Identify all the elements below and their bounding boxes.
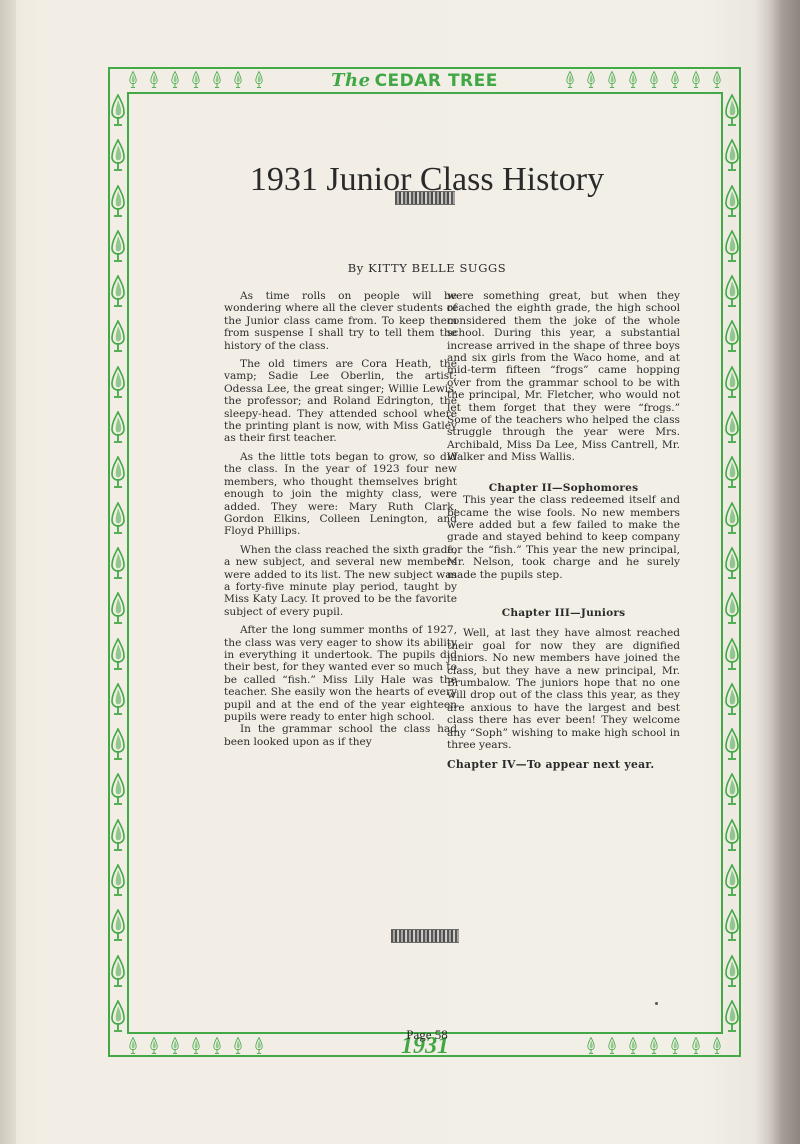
tree-column-left [110,94,126,1034]
cedar-tree-icon [724,909,740,943]
cedar-tree-icon [691,71,701,89]
cedar-tree-icon [724,366,740,400]
paragraph: As time rolls on people will be wonderin… [224,290,457,352]
cedar-tree-icon [724,456,740,490]
paper-speck [655,1002,658,1005]
cedar-tree-icon [724,638,740,672]
cedar-tree-icon [110,773,126,807]
cedar-tree-icon [110,683,126,717]
cedar-tree-icon [110,909,126,943]
cedar-tree-icon [149,71,159,89]
article-column-left: As time rolls on people will be wonderin… [224,290,457,754]
cedar-tree-icon [724,502,740,536]
cedar-tree-icon [586,71,596,89]
paragraph: Well, at last they have almost reached t… [447,627,680,751]
cedar-tree-icon [110,139,126,173]
paragraph: were something great, but when they reac… [447,290,680,464]
cedar-tree-icon [110,320,126,354]
cedar-tree-icon [724,139,740,173]
masthead-prefix: The [331,70,370,91]
cedar-tree-icon [233,71,243,89]
masthead-name: CEDAR TREE [375,71,498,91]
cedar-tree-icon [110,1000,126,1034]
paragraph: As the little tots began to grow, so did… [224,451,457,538]
page-number: Page 58 [130,1027,724,1043]
cedar-tree-icon [724,1000,740,1034]
cedar-tree-icon [170,71,180,89]
tree-row-left [128,71,264,89]
closing-line: Chapter IV—To appear next year. [447,759,680,771]
masthead-strip: TheCEDAR TREE [128,69,722,91]
cedar-tree-icon [628,71,638,89]
cedar-tree-icon [110,502,126,536]
cedar-tree-icon [212,71,222,89]
cedar-tree-icon [128,71,138,89]
cedar-tree-icon [724,592,740,626]
chapter-heading: Chapter III—Juniors [447,607,680,619]
cedar-tree-icon [670,71,680,89]
paragraph: In the grammar school the class had been… [224,723,457,748]
paragraph: This year the class redeemed itself and … [447,494,680,581]
cedar-tree-icon [110,411,126,445]
ornamental-divider-icon [391,929,459,943]
paragraph: After the long summer months of 1927, th… [224,624,457,723]
cedar-tree-icon [724,275,740,309]
cedar-tree-icon [110,94,126,128]
cedar-tree-icon [110,728,126,762]
article-byline: By KITTY BELLE SUGGS [130,261,724,275]
cedar-tree-icon [110,185,126,219]
cedar-tree-icon [724,955,740,989]
cedar-tree-icon [110,547,126,581]
cedar-tree-icon [110,592,126,626]
cedar-tree-icon [191,71,201,89]
cedar-tree-icon [724,683,740,717]
tree-row-right [565,71,722,89]
cedar-tree-icon [724,94,740,128]
cedar-tree-icon [110,955,126,989]
cedar-tree-icon [724,819,740,853]
cedar-tree-icon [712,71,722,89]
chapter-heading: Chapter II—Sophomores [447,482,680,494]
cedar-tree-icon [607,71,617,89]
cedar-tree-icon [110,864,126,898]
cedar-tree-icon [649,71,659,89]
cedar-tree-icon [724,728,740,762]
cedar-tree-icon [724,230,740,264]
page-edge [0,0,16,1144]
ornamental-divider-icon [395,191,455,205]
cedar-tree-icon [724,185,740,219]
paragraph: The old timers are Cora Heath, the vamp;… [224,358,457,445]
paragraph: When the class reached the sixth grade, … [224,544,457,618]
cedar-tree-icon [724,411,740,445]
cedar-tree-icon [110,456,126,490]
cedar-tree-icon [565,71,575,89]
cedar-tree-icon [724,773,740,807]
article-column-right: were something great, but when they reac… [447,290,680,772]
tree-column-right [724,94,740,1034]
cedar-tree-icon [724,864,740,898]
cedar-tree-icon [110,366,126,400]
cedar-tree-icon [110,230,126,264]
cedar-tree-icon [110,819,126,853]
cedar-tree-icon [254,71,264,89]
cedar-tree-icon [724,320,740,354]
cedar-tree-icon [110,275,126,309]
cedar-tree-icon [724,547,740,581]
masthead-title: TheCEDAR TREE [327,70,502,91]
cedar-tree-icon [110,638,126,672]
